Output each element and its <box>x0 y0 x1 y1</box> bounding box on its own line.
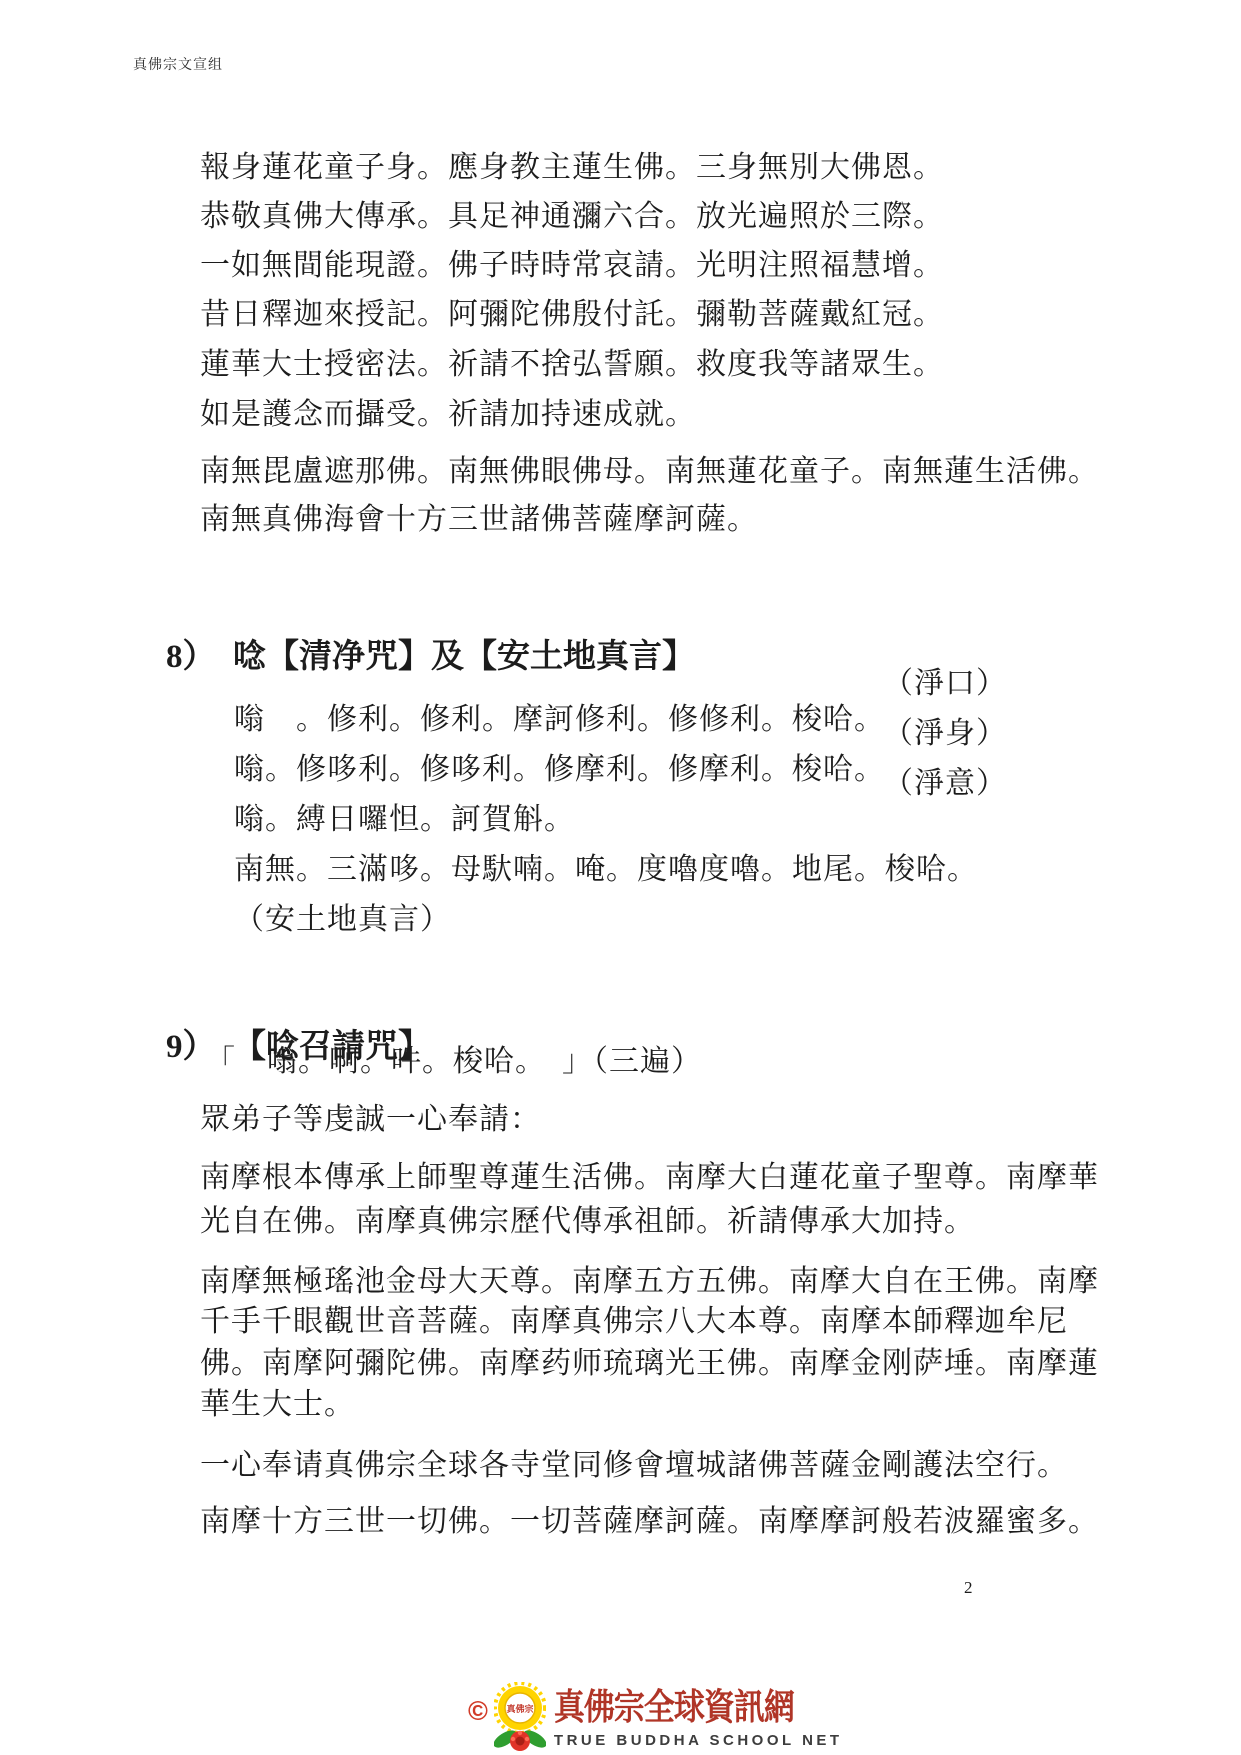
mantra-line: （安土地真言） <box>200 866 1100 974</box>
verse-line: 報身蓮花童子身。應身教主蓮生佛。三身無別大佛恩。 <box>200 150 944 186</box>
document-page: 真佛宗文宣组 報身蓮花童子身。應身教主蓮生佛。三身無別大佛恩。 恭敬真佛大傳承。… <box>0 0 1241 1755</box>
verse-line: 恭敬真佛大傳承。具足神通瀰六合。放光遍照於三際。 <box>200 199 944 235</box>
verse-line: 南無真佛海會十方三世諸佛菩薩摩訶薩。 <box>200 502 758 538</box>
verse-line: 一如無間能現證。佛子時時常哀請。光明注照福慧增。 <box>200 248 944 284</box>
verse-line: 如是護念而攝受。祈請加持速成就。 <box>200 397 696 433</box>
badge-graphic: 真佛宗 <box>494 1682 546 1754</box>
copyright-icon: © <box>468 1696 488 1727</box>
paragraph-line: 南摩無極瑤池金母大天尊。南摩五方五佛。南摩大自在王佛。南摩 <box>200 1264 1099 1300</box>
verse-line: 昔日釋迦來授記。阿彌陀佛殷付託。彌勒菩薩戴紅冠。 <box>200 297 944 333</box>
mantra-note: （淨身） <box>883 716 1007 752</box>
document-header: 真佛宗文宣组 <box>133 54 223 74</box>
true-buddha-badge-icon: 真佛宗 <box>494 1682 546 1754</box>
verse-line: 蓮華大士授密法。祈請不捨弘誓願。救度我等諸眾生。 <box>200 347 944 383</box>
paragraph-line: 華生大士。 <box>200 1387 355 1423</box>
paragraph-line: 南摩十方三世一切佛。一切菩薩摩訶薩。南摩摩訶般若波羅蜜多。 <box>200 1504 1099 1540</box>
mantra-text: （安土地真言） <box>234 903 451 936</box>
paragraph-line: 光自在佛。南摩真佛宗歷代傳承祖師。祈請傳承大加持。 <box>200 1204 975 1240</box>
paragraph-line: 佛。南摩阿彌陀佛。南摩药师琉璃光王佛。南摩金刚萨埵。南摩蓮 <box>200 1346 1099 1382</box>
paragraph-line: 南摩根本傳承上師聖尊蓮生活佛。南摩大白蓮花童子聖尊。南摩華 <box>200 1160 1099 1196</box>
paragraph-line: 一心奉请真佛宗全球各寺堂同修會壇城諸佛菩薩金剛護法空行。 <box>200 1448 1068 1484</box>
mantra-note: （淨意） <box>883 766 1007 802</box>
logo-text-block: 真佛宗全球資訊網 TRUE BUDDHA SCHOOL NET <box>554 1682 843 1749</box>
intro-line: 眾弟子等虔誠一心奉請： <box>200 1102 541 1138</box>
logo-chinese-title: 真佛宗全球資訊網 <box>554 1682 843 1733</box>
logo-english-title: TRUE BUDDHA SCHOOL NET <box>554 1732 843 1749</box>
verse-line: 南無毘盧遮那佛。南無佛眼佛母。南無蓮花童子。南無蓮生活佛。 <box>200 454 1099 490</box>
svg-text:真佛宗: 真佛宗 <box>506 1703 533 1714</box>
footer-logo: © 真佛宗 真佛宗全球資訊網 TRUE BUDDHA SCHOOL NET <box>468 1682 843 1755</box>
paragraph-line: 千手千眼觀世音菩薩。南摩真佛宗八大本尊。南摩本師釋迦牟尼 <box>200 1304 1068 1340</box>
invocation-line: 「 嗡。啊。吽。梭哈。 」（三遍） <box>205 1044 702 1080</box>
mantra-note: （淨口） <box>883 666 1007 702</box>
page-number: 2 <box>964 1578 973 1598</box>
